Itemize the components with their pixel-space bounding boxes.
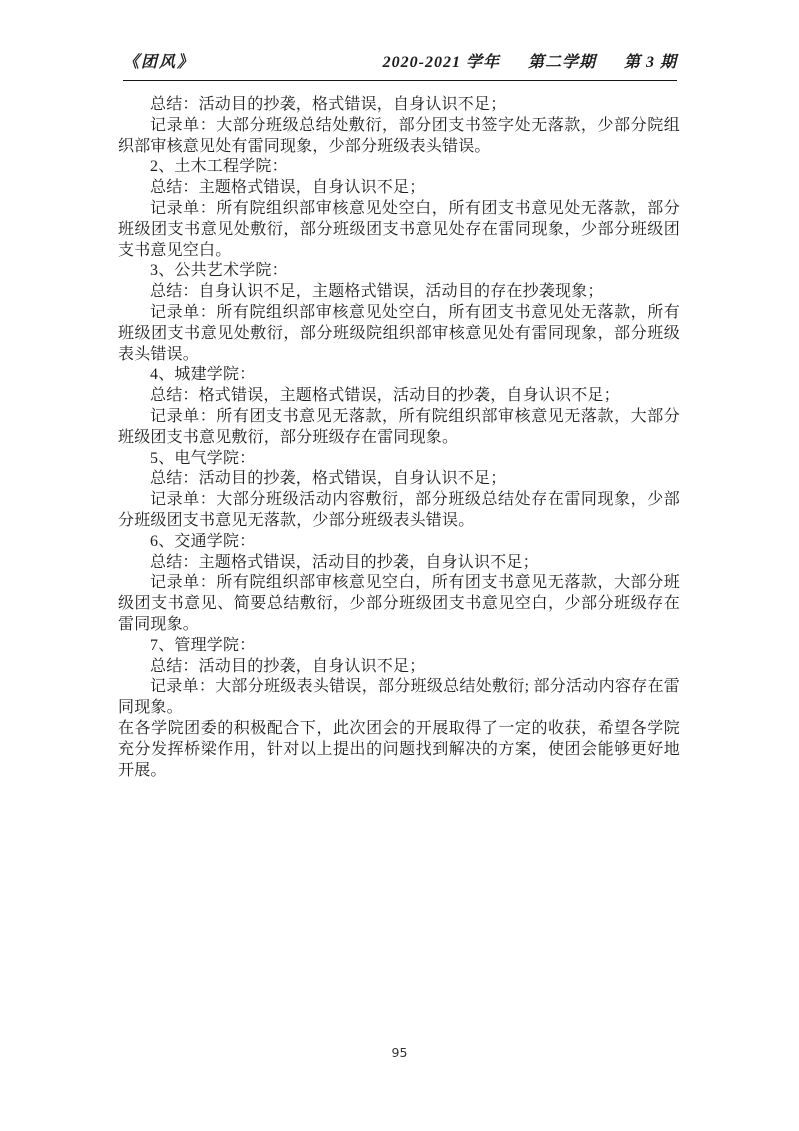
record-line: 记录单：大部分班级表头错误，部分班级总结处敷衍; 部分活动内容存在雷同现象。 <box>118 677 680 719</box>
section-heading: 6、交通学院： <box>118 532 680 553</box>
summary-line: 总结：主题格式错误，自身认识不足； <box>118 178 680 199</box>
issue-number: 第 3 期 <box>624 53 677 72</box>
issue-academic-year: 2020-2021 学年 <box>383 53 500 72</box>
summary-line: 总结：活动目的抄袭，格式错误，自身认识不足； <box>118 95 680 116</box>
document-page: 《团风》 2020-2021 学年 第二学期 第 3 期 总结：活动目的抄袭，格… <box>0 0 799 1131</box>
section-heading: 4、城建学院： <box>118 365 680 386</box>
summary-line: 总结：自身认识不足，主题格式错误，活动目的存在抄袭现象； <box>118 282 680 303</box>
record-line: 记录单：所有院组织部审核意见处空白，所有团支书意见处无落款，部分班级团支书意见处… <box>118 199 680 261</box>
page-number: 95 <box>392 1045 408 1060</box>
summary-line: 总结：主题格式错误，活动目的抄袭，自身认识不足； <box>118 553 680 574</box>
section-heading: 5、电气学院： <box>118 449 680 470</box>
summary-line: 总结：活动目的抄袭，自身认识不足； <box>118 657 680 678</box>
page-footer: 95 <box>0 1044 799 1062</box>
record-line: 记录单：所有团支书意见无落款，所有院组织部审核意见无落款，大部分班级团支书意见敷… <box>118 407 680 449</box>
record-line: 记录单：大部分班级活动内容敷衍，部分班级总结处存在雷同现象，少部分班级团支书意见… <box>118 490 680 532</box>
section-heading: 3、公共艺术学院： <box>118 261 680 282</box>
issue-semester: 第二学期 <box>528 53 596 72</box>
summary-line: 总结：活动目的抄袭，格式错误，自身认识不足； <box>118 469 680 490</box>
section-heading: 2、土木工程学院： <box>118 157 680 178</box>
summary-line: 总结：格式错误，主题格式错误，活动目的抄袭，自身认识不足； <box>118 386 680 407</box>
section-heading: 7、管理学院： <box>118 636 680 657</box>
record-line: 记录单：大部分班级总结处敷衍，部分团支书签字处无落款，少部分院组织部审核意见处有… <box>118 116 680 158</box>
record-line: 记录单：所有院组织部审核意见处空白，所有团支书意见处无落款，所有班级团支书意见处… <box>118 303 680 365</box>
closing-paragraph: 在各学院团委的积极配合下，此次团会的开展取得了一定的收获，希望各学院充分发挥桥梁… <box>118 719 680 781</box>
issue-info: 2020-2021 学年 第二学期 第 3 期 <box>383 53 677 72</box>
journal-title: 《团风》 <box>123 53 195 72</box>
page-header: 《团风》 2020-2021 学年 第二学期 第 3 期 <box>123 53 677 81</box>
record-line: 记录单：所有院组织部审核意见空白，所有团支书意见无落款，大部分班级团支书意见、简… <box>118 573 680 635</box>
article-body: 总结：活动目的抄袭，格式错误，自身认识不足；记录单：大部分班级总结处敷衍，部分团… <box>118 95 680 781</box>
